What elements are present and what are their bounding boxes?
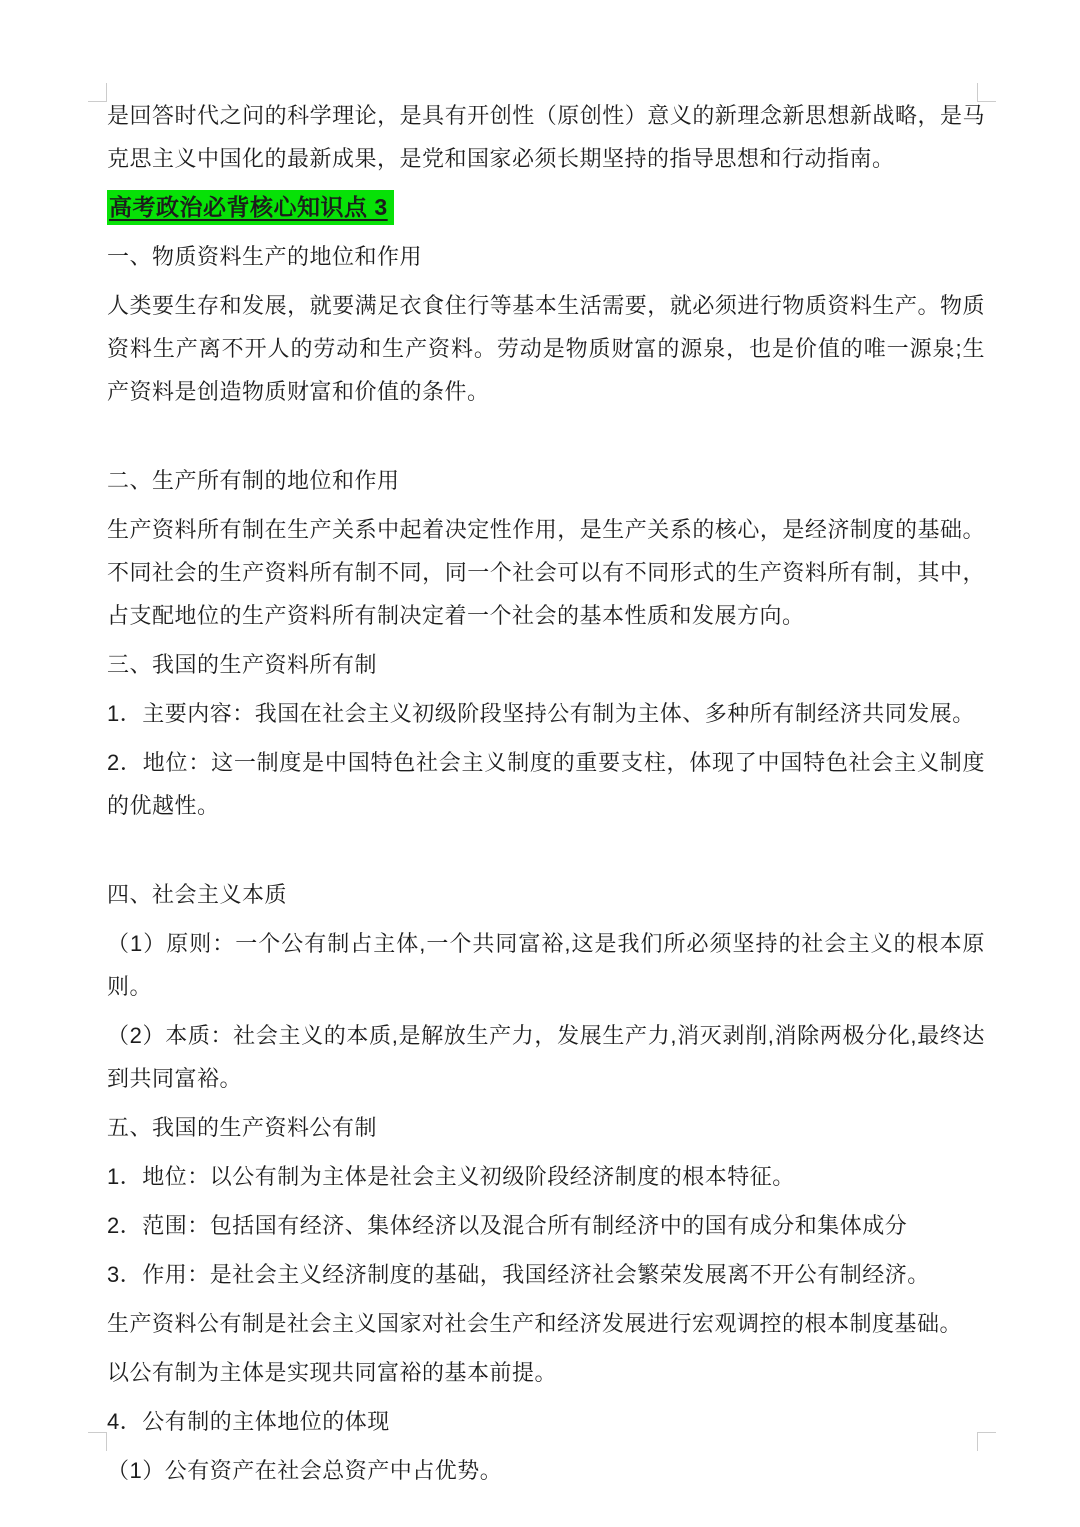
paragraph: 2．地位：这一制度是中国特色社会主义制度的重要支柱，体现了中国特色社会主义制度的… (107, 741, 985, 827)
document-page: 是回答时代之问的科学理论，是具有开创性（原创性）意义的新理念新思想新战略，是马克… (0, 0, 1080, 1527)
section-heading: 五、我国的生产资料公有制 (107, 1106, 985, 1149)
paragraph-spacer (107, 833, 985, 873)
paragraph-spacer (107, 419, 985, 459)
paragraph: 是回答时代之问的科学理论，是具有开创性（原创性）意义的新理念新思想新战略，是马克… (107, 94, 985, 180)
paragraph: 生产资料公有制是社会主义国家对社会生产和经济发展进行宏观调控的根本制度基础。 (107, 1302, 985, 1345)
crop-mark-top-left (88, 83, 107, 102)
crop-mark-bottom-left (88, 1432, 107, 1451)
highlighted-heading-text: 高考政治必背核心知识点 3 (107, 190, 394, 225)
paragraph: （2）本质：社会主义的本质,是解放生产力，发展生产力,消灭剥削,消除两极分化,最… (107, 1014, 985, 1100)
paragraph: 生产资料所有制在生产关系中起着决定性作用，是生产关系的核心，是经济制度的基础。不… (107, 508, 985, 637)
paragraph: 人类要生存和发展，就要满足衣食住行等基本生活需要，就必须进行物质资料生产。物质资… (107, 284, 985, 413)
section-heading: 一、物质资料生产的地位和作用 (107, 235, 985, 278)
paragraph: 以公有制为主体是实现共同富裕的基本前提。 (107, 1351, 985, 1394)
section-heading: 二、生产所有制的地位和作用 (107, 459, 985, 502)
paragraph: 2．范围：包括国有经济、集体经济以及混合所有制经济中的国有成分和集体成分 (107, 1204, 985, 1247)
highlighted-heading: 高考政治必背核心知识点 3 (107, 186, 985, 229)
paragraph: （1）原则：一个公有制占主体,一个共同富裕,这是我们所必须坚持的社会主义的根本原… (107, 922, 985, 1008)
section-heading: 四、社会主义本质 (107, 873, 985, 916)
section-heading: 三、我国的生产资料所有制 (107, 643, 985, 686)
document-text-area: 是回答时代之问的科学理论，是具有开创性（原创性）意义的新理念新思想新战略，是马克… (107, 94, 985, 1498)
paragraph: 3．作用：是社会主义经济制度的基础，我国经济社会繁荣发展离不开公有制经济。 (107, 1253, 985, 1296)
paragraph: （1）公有资产在社会总资产中占优势。 (107, 1449, 985, 1492)
paragraph: 1．地位：以公有制为主体是社会主义初级阶段经济制度的根本特征。 (107, 1155, 985, 1198)
paragraph: 1．主要内容：我国在社会主义初级阶段坚持公有制为主体、多种所有制经济共同发展。 (107, 692, 985, 735)
paragraph: 4．公有制的主体地位的体现 (107, 1400, 985, 1443)
